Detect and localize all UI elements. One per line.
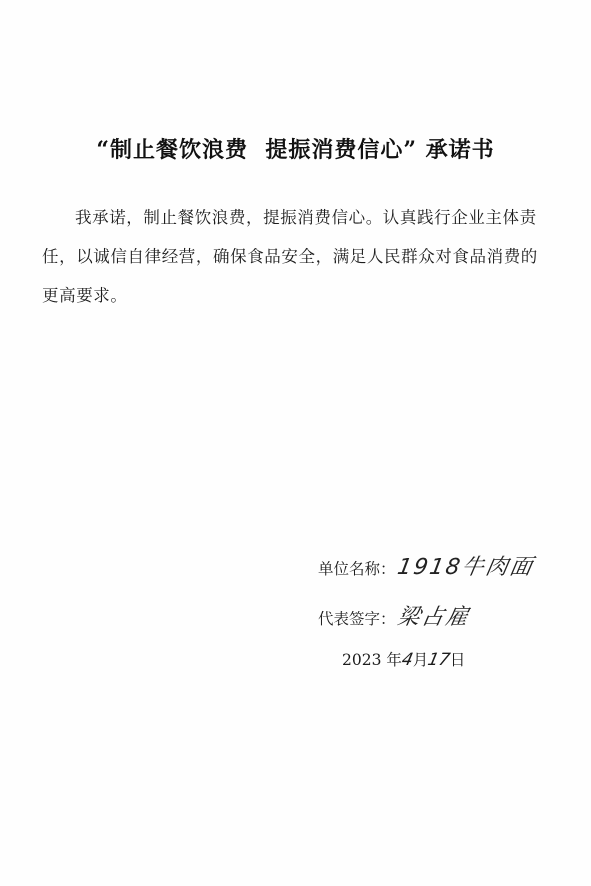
unit-name-label: 单位名称： [318, 557, 396, 579]
representative-signature: 梁占雇 [395, 600, 472, 631]
pledge-body: 我承诺，制止餐饮浪费，提振消费信心。认真践行企业主体责任，以诚信自律经营，确保食… [42, 198, 542, 315]
date-year-suffix: 年 [381, 651, 401, 669]
document-title: “制止餐饮浪费 提振消费信心” 承诺书 [0, 133, 591, 164]
date-day-handwritten: 17 [426, 650, 452, 670]
date-day-suffix: 日 [450, 651, 466, 669]
unit-name-row: 单位名称：1918牛肉面 [318, 550, 534, 581]
signature-block: 单位名称：1918牛肉面 代表签字：梁占雇 2023 年4月17日 [318, 538, 588, 688]
representative-label: 代表签字： [318, 607, 396, 629]
pledge-paragraph: 我承诺，制止餐饮浪费，提振消费信心。认真践行企业主体责任，以诚信自律经营，确保食… [42, 198, 542, 315]
document-page: “制止餐饮浪费 提振消费信心” 承诺书 我承诺，制止餐饮浪费，提振消费信心。认真… [0, 0, 591, 886]
representative-row: 代表签字：梁占雇 [318, 600, 470, 631]
date-row: 2023 年4月17日 [342, 648, 465, 670]
date-year: 2023 [342, 651, 381, 669]
unit-name-handwritten: 1918牛肉面 [395, 550, 536, 581]
